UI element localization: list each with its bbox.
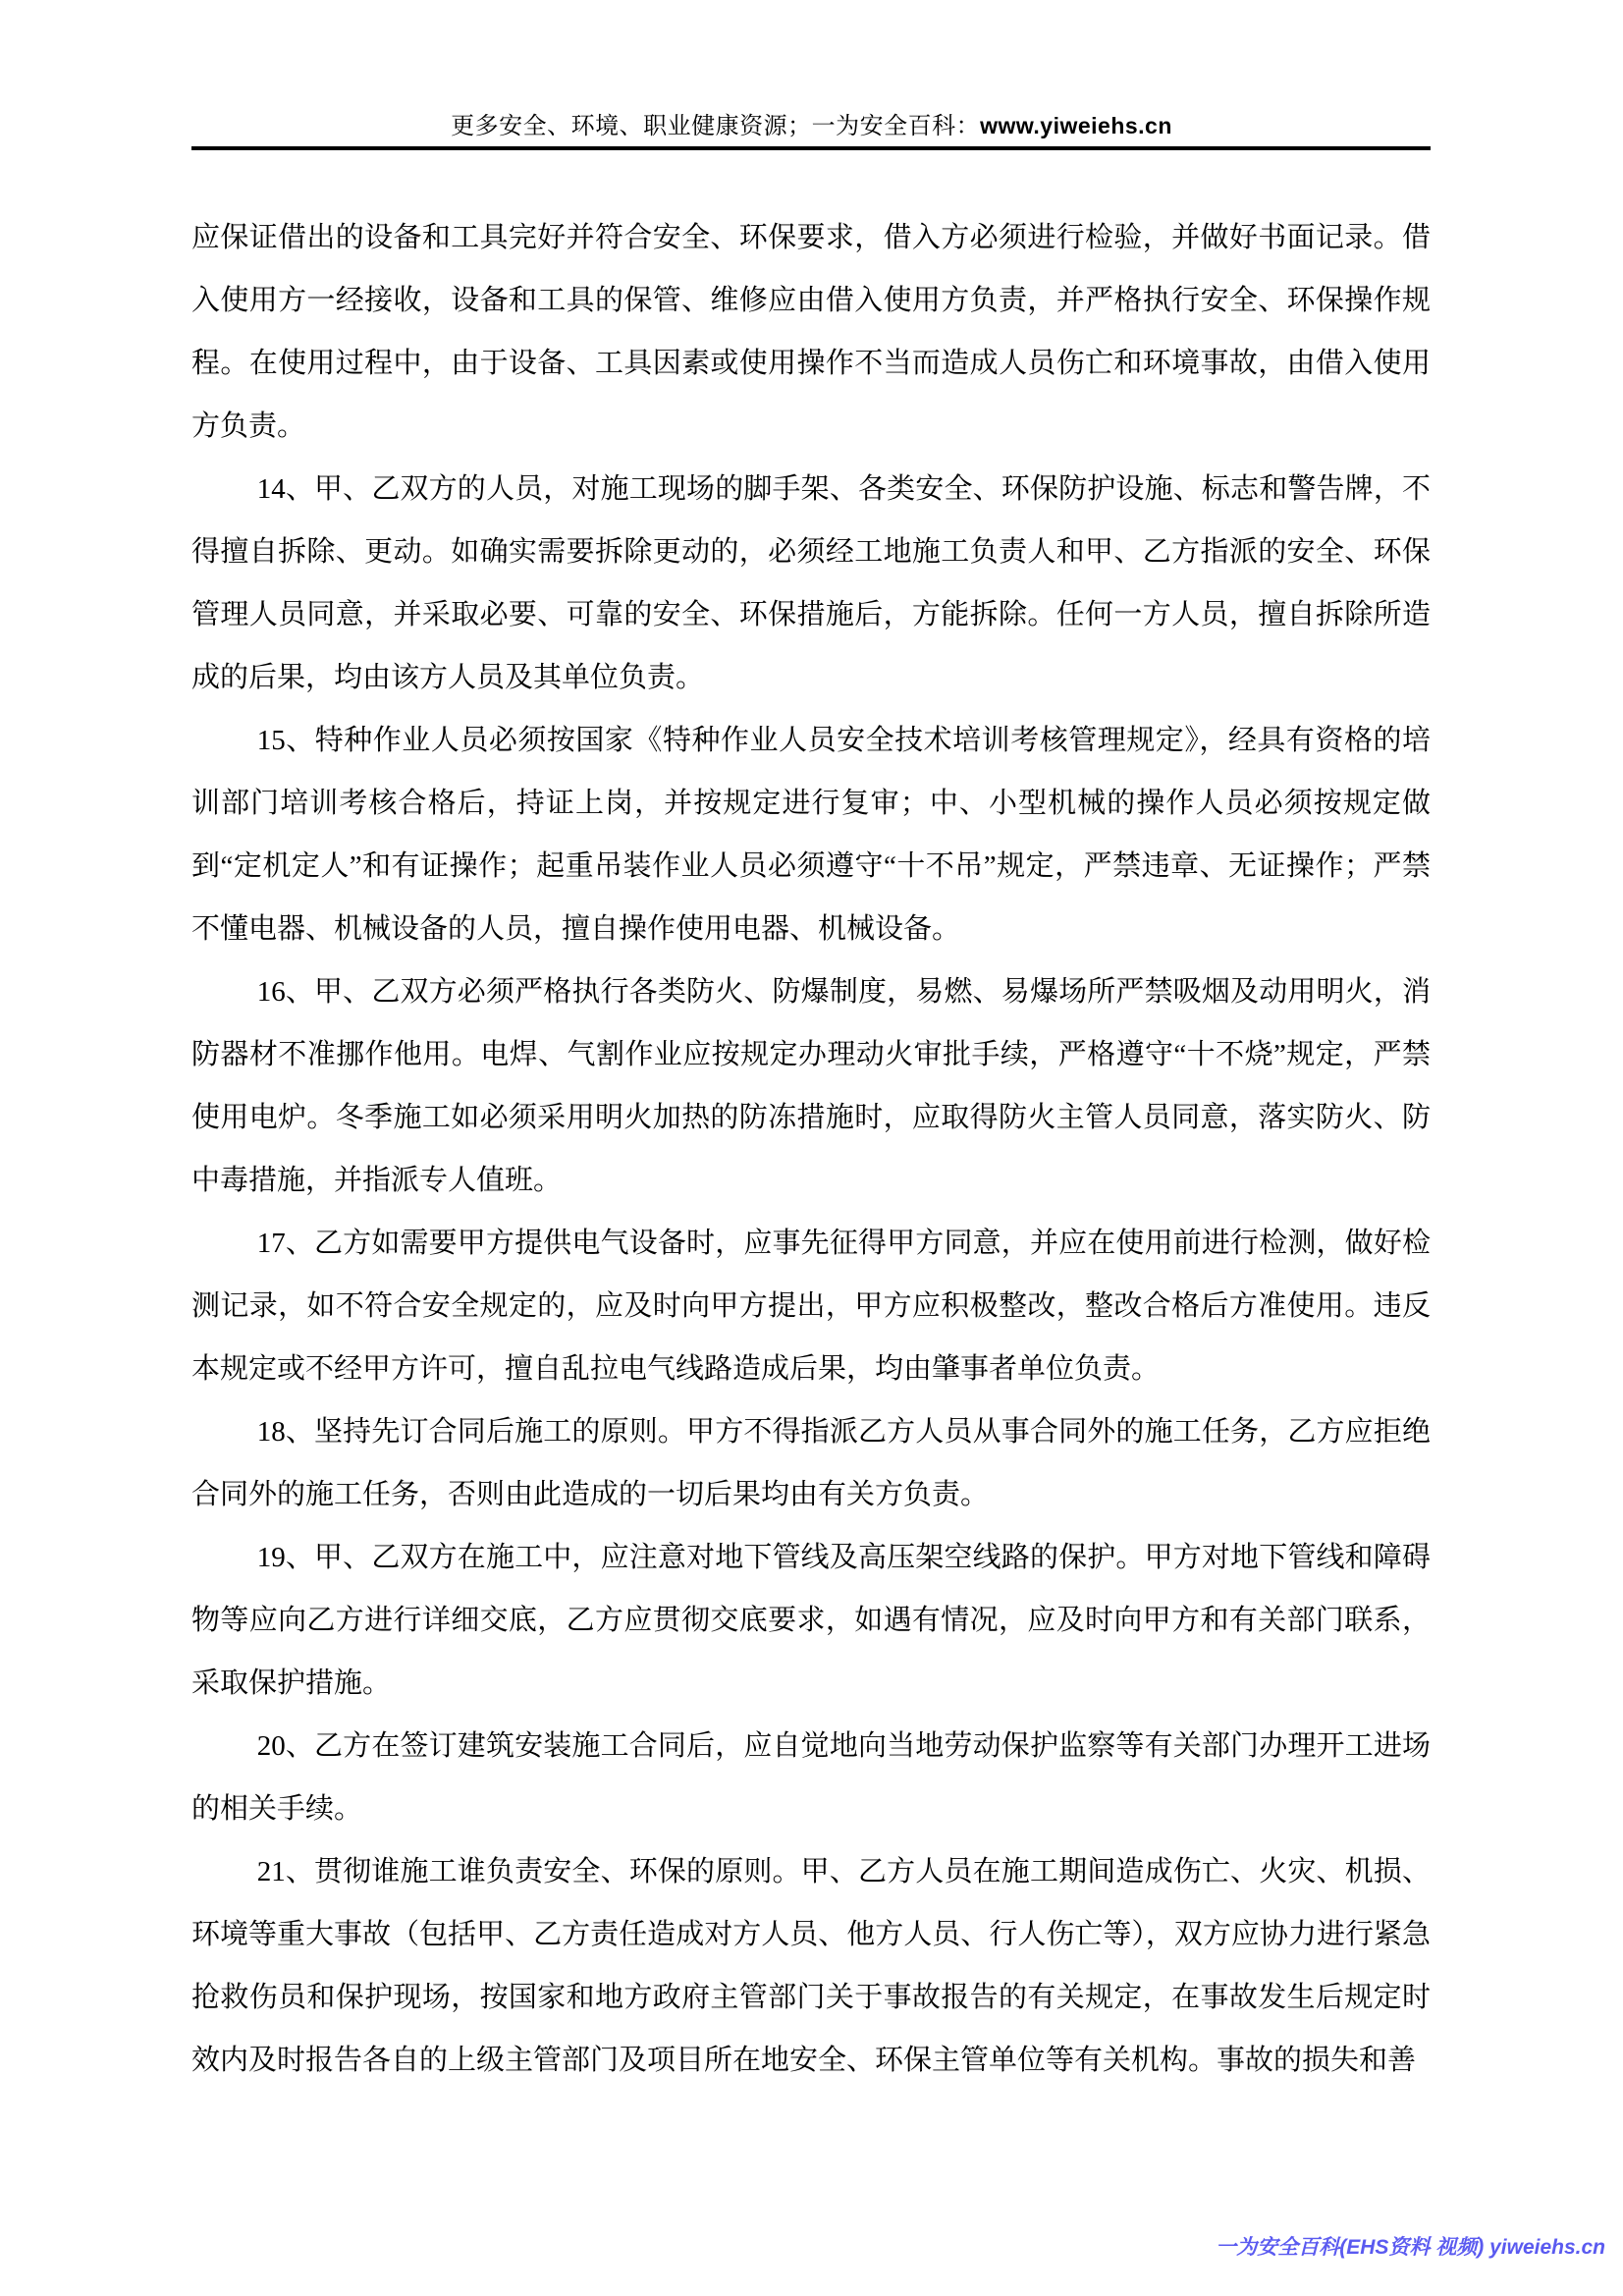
paragraph-16: 16、甲、乙双方必须严格执行各类防火、防爆制度，易燃、易爆场所严禁吸烟及动用明火…	[191, 960, 1431, 1212]
header-text: 更多安全、环境、职业健康资源；一为安全百科：	[451, 114, 980, 139]
paragraph-15: 15、特种作业人员必须按国家《特种作业人员安全技术培训考核管理规定》，经具有资格…	[191, 709, 1431, 960]
paragraph-14: 14、甲、乙双方的人员，对施工现场的脚手架、各类安全、环保防护设施、标志和警告牌…	[191, 458, 1431, 709]
footer-watermark: 一为安全百科(EHS资料 视频) yiweiehs.cn	[1216, 2231, 1605, 2261]
page-header: 更多安全、环境、职业健康资源；一为安全百科：www.yiweiehs.cn	[0, 106, 1623, 140]
document-body: 应保证借出的设备和工具完好并符合安全、环保要求，借入方必须进行检验，并做好书面记…	[191, 206, 1431, 2092]
header-divider	[191, 146, 1431, 150]
document-page: 更多安全、环境、职业健康资源；一为安全百科：www.yiweiehs.cn 应保…	[0, 0, 1623, 2296]
paragraph-18: 18、坚持先订合同后施工的原则。甲方不得指派乙方人员从事合同外的施工任务，乙方应…	[191, 1400, 1431, 1526]
paragraph-17: 17、乙方如需要甲方提供电气设备时，应事先征得甲方同意，并应在使用前进行检测，做…	[191, 1212, 1431, 1400]
header-url-text: www.yiweiehs.cn	[980, 113, 1172, 138]
paragraph-19: 19、甲、乙双方在施工中，应注意对地下管线及高压架空线路的保护。甲方对地下管线和…	[191, 1526, 1431, 1715]
paragraph-continuation: 应保证借出的设备和工具完好并符合安全、环保要求，借入方必须进行检验，并做好书面记…	[191, 206, 1431, 458]
paragraph-21: 21、贯彻谁施工谁负责安全、环保的原则。甲、乙方人员在施工期间造成伤亡、火灾、机…	[191, 1840, 1431, 2092]
paragraph-20: 20、乙方在签订建筑安装施工合同后，应自觉地向当地劳动保护监察等有关部门办理开工…	[191, 1715, 1431, 1840]
